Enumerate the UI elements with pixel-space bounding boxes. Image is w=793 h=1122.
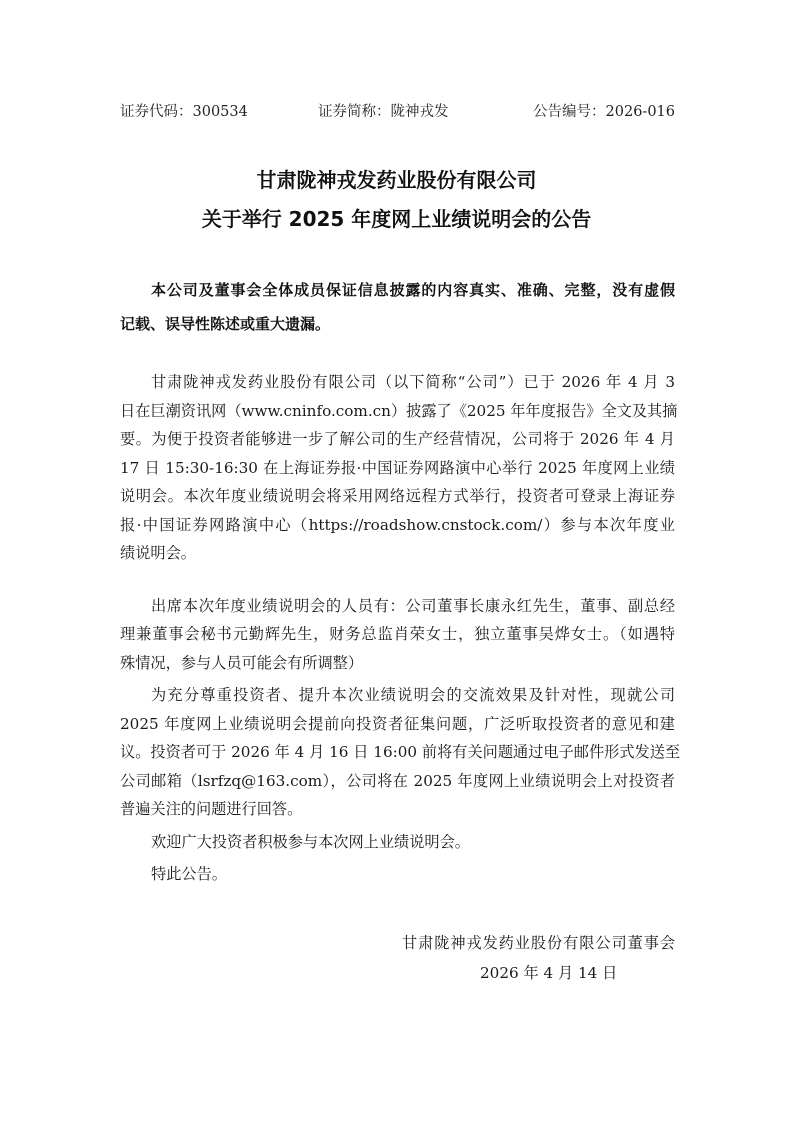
- paragraph-1-line: 绩说明会。: [120, 542, 675, 564]
- paragraph-3-line: 议。投资者可于 2026 年 4 月 16 日 16:00 前将有关问题通过电子…: [120, 741, 675, 763]
- statement-line: 本公司及董事会全体成员保证信息披露的内容真实、准确、完整，没有虚假: [151, 279, 675, 301]
- statement-line: 记载、误导性陈述或重大遗漏。: [120, 313, 675, 335]
- paragraph-3-line: 普遍关注的问题进行回答。: [120, 798, 675, 820]
- signature-date: 2026 年 4 月 14 日: [480, 962, 617, 984]
- announcement-title: 关于举行 2025 年度网上业绩说明会的公告: [0, 205, 793, 233]
- paragraph-3-line: 公司邮箱（lsrfzq@163.com），公司将在 2025 年度网上业绩说明会…: [120, 770, 675, 792]
- paragraph-1-line: 甘肃陇神戎发药业股份有限公司（以下简称“公司”）已于 2026 年 4 月 3: [151, 371, 675, 393]
- paragraph-2-line: 理兼董事会秘书元勤辉先生，财务总监肖荣女士，独立董事吴烨女士。（如遇特: [120, 623, 675, 645]
- paragraph-1-line: 17 日 15:30-16:30 在上海证券报·中国证券网路演中心举行 2025…: [120, 457, 675, 479]
- company-title: 甘肃陇神戎发药业股份有限公司: [0, 166, 793, 194]
- closing-statement: 特此公告。: [151, 863, 675, 885]
- paragraph-1-line: 日在巨潮资讯网（www.cninfo.com.cn）披露了《2025 年年度报告…: [120, 400, 675, 422]
- announcement-page: 证券代码：300534 证券简称：陇神戎发 公告编号：2026-016 甘肃陇神…: [0, 0, 793, 1122]
- paragraph-3-line: 2025 年度网上业绩说明会提前向投资者征集问题，广泛听取投资者的意见和建: [120, 713, 675, 735]
- paragraph-1-line: 要。为便于投资者能够进一步了解公司的生产经营情况，公司将于 2026 年 4 月: [120, 428, 675, 450]
- paragraph-2-line: 出席本次年度业绩说明会的人员有：公司董事长康永红先生，董事、副总经: [151, 595, 675, 617]
- stock-code: 证券代码：300534: [120, 101, 248, 123]
- stock-short-name: 证券简称：陇神戎发: [318, 101, 449, 123]
- closing-welcome: 欢迎广大投资者积极参与本次网上业绩说明会。: [151, 831, 675, 853]
- paragraph-1-line: 报·中国证券网路演中心（https://roadshow.cnstock.com…: [120, 514, 675, 536]
- paragraph-2-line: 殊情况，参与人员可能会有所调整）: [120, 652, 675, 674]
- paragraph-1-line: 说明会。本次年度业绩说明会将采用网络远程方式举行，投资者可登录上海证券: [120, 485, 675, 507]
- signature-organization: 甘肃陇神戎发药业股份有限公司董事会: [402, 932, 675, 954]
- announcement-number: 公告编号：2026-016: [533, 101, 675, 123]
- paragraph-3-line: 为充分尊重投资者、提升本次业绩说明会的交流效果及针对性，现就公司: [151, 684, 675, 706]
- document-header: 证券代码：300534 证券简称：陇神戎发 公告编号：2026-016: [120, 101, 675, 123]
